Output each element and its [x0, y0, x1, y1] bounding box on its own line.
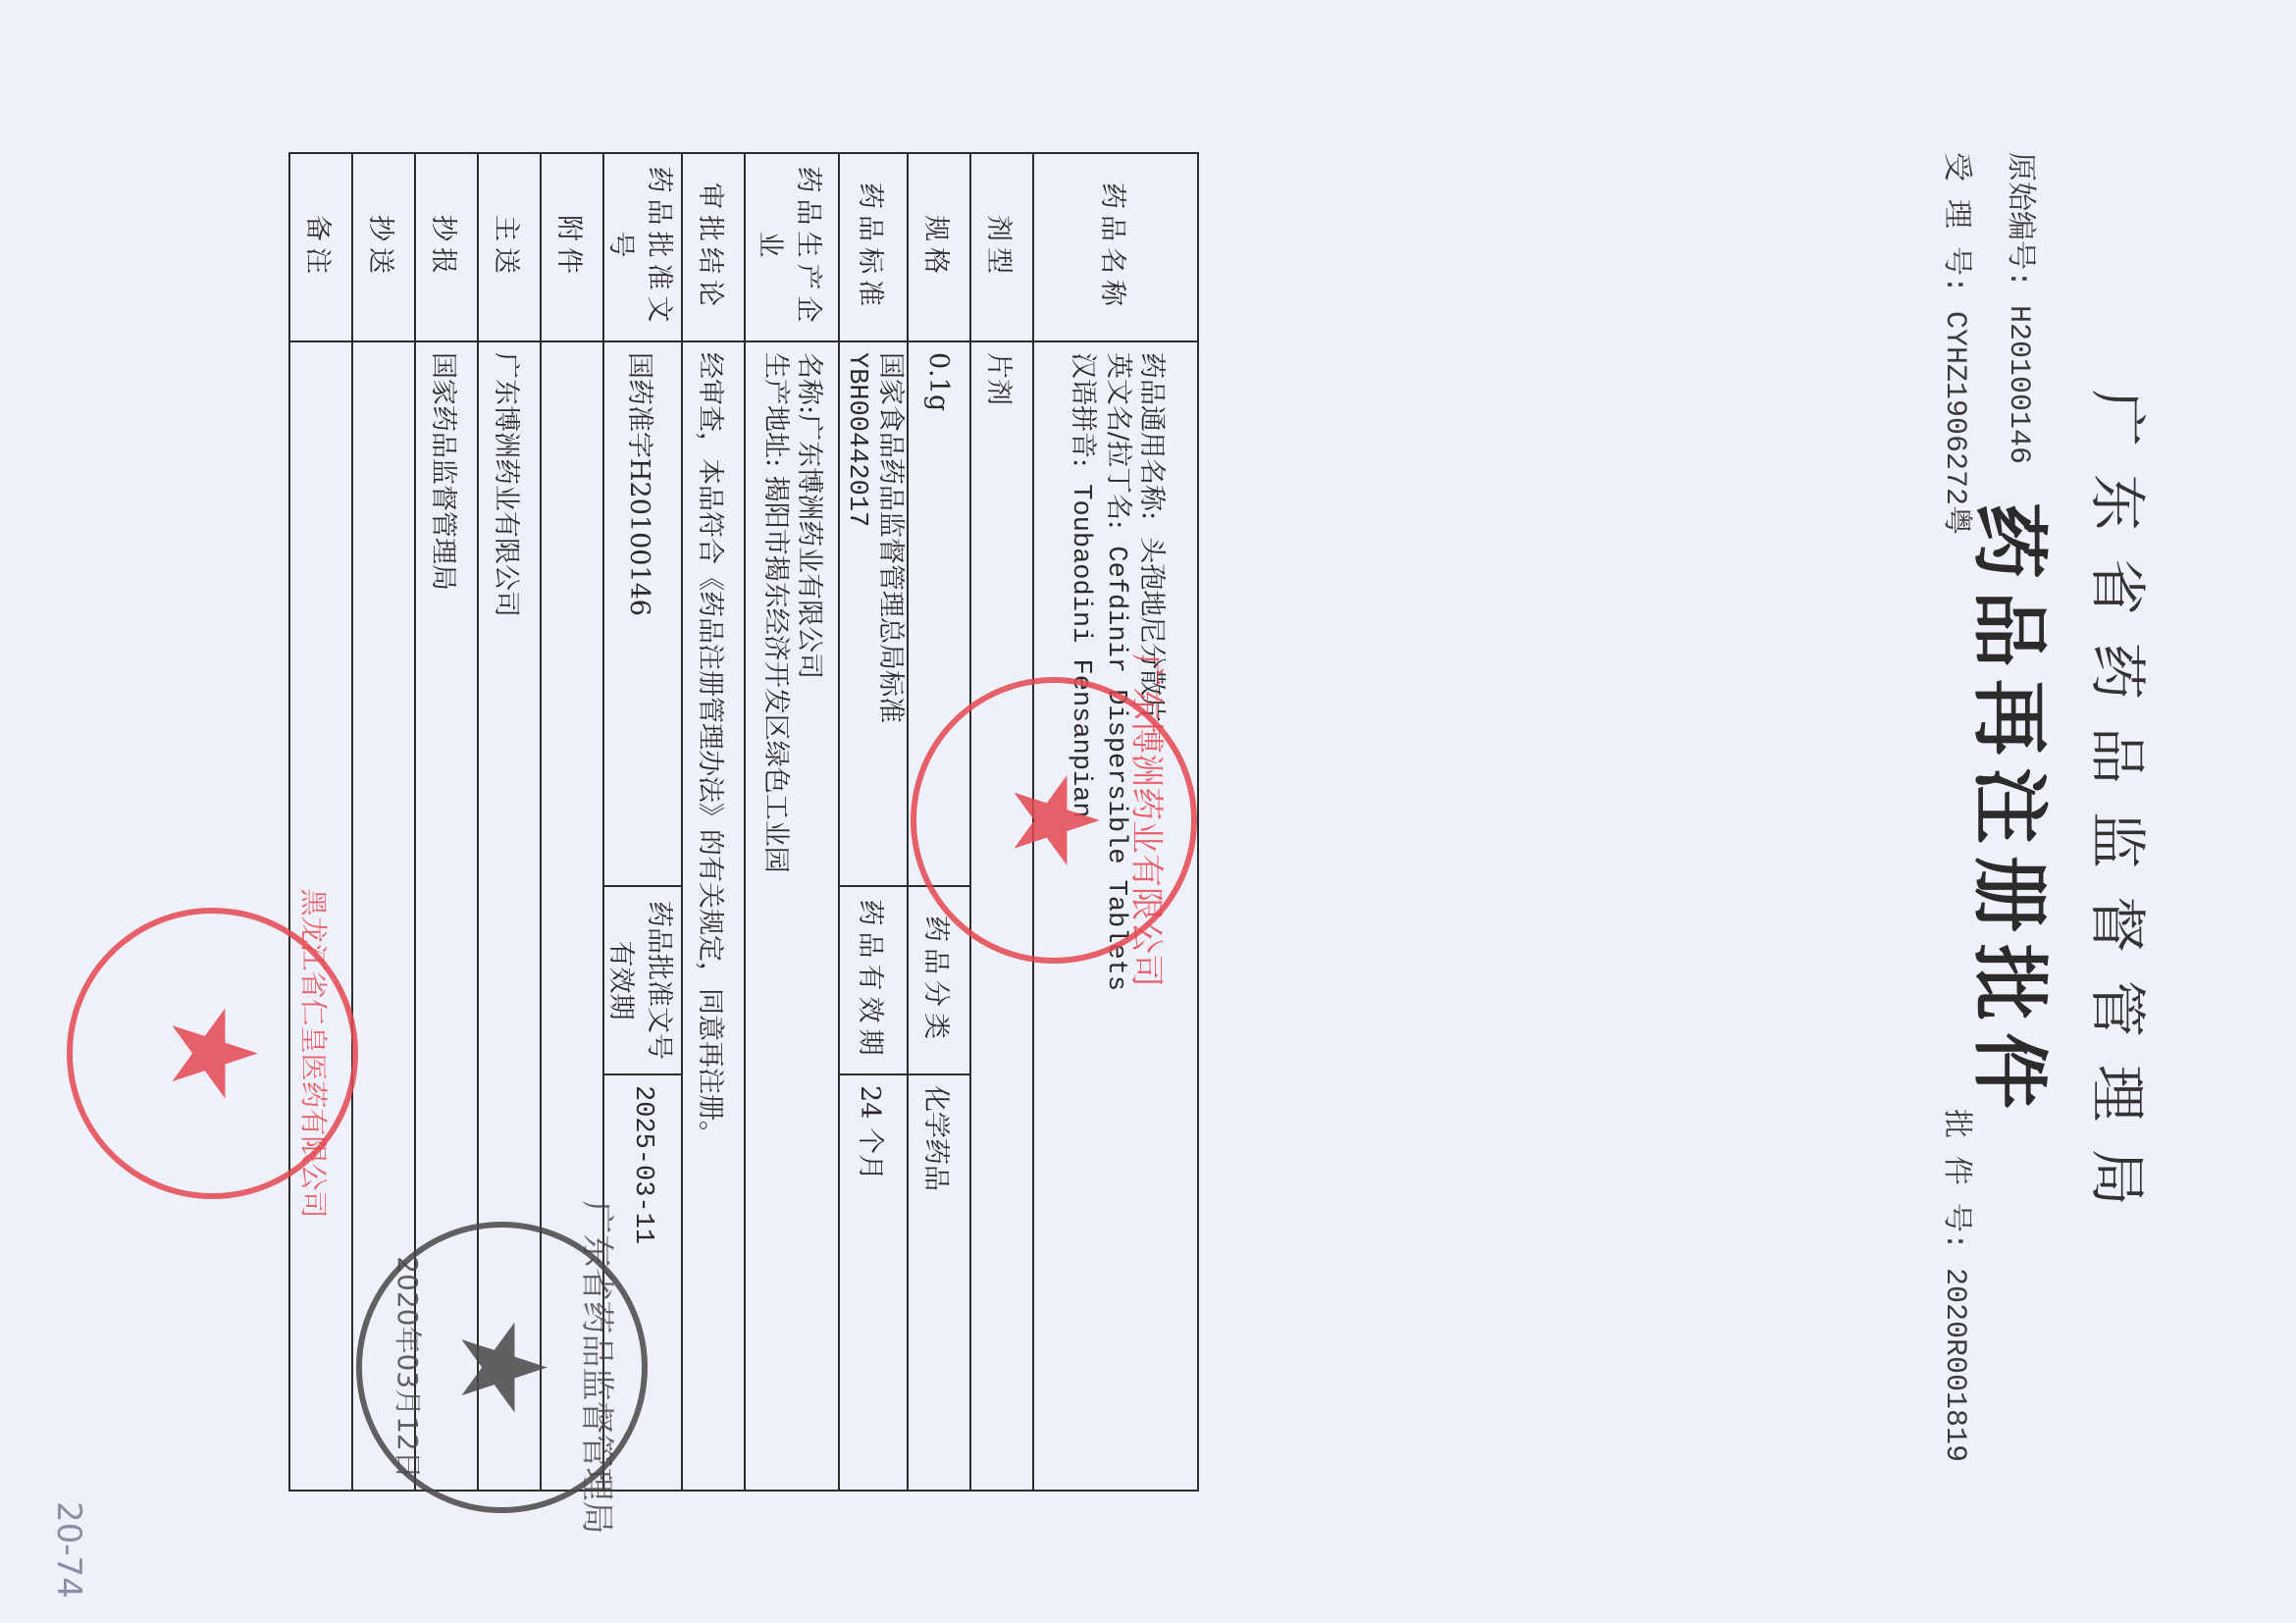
gd-fda-seal: ★ 广东省药品监督管理局 2020年03月12日 [356, 1222, 648, 1513]
star-icon: ★ [995, 767, 1113, 873]
label-drug-name: 药品名称 [1033, 153, 1198, 341]
issuing-organization: 广东省药品监督管理局 [2081, 0, 2164, 1623]
acceptance-number: 受 理 号: CYHZ1906272粤 [1938, 152, 1982, 535]
star-icon: ★ [154, 1001, 272, 1107]
row-remarks: 备注 [289, 153, 352, 1491]
heilongjiang-seal: ★ 黑龙江省仁皇医药有限公司 [67, 908, 358, 1199]
handwritten-note: 20-74 [49, 1501, 88, 1598]
approval-number: 批 件 号: 2020R001819 [1938, 1109, 1982, 1462]
document-page: 广东省药品监督管理局 药品再注册批件 原始编号: H20100146 受 理 号… [0, 0, 2296, 1623]
row-standard: 药品标准 国家食品药品监督管理总局标准 YBH00442017 药品有效期 24… [839, 153, 908, 1491]
row-conclusion: 审批结论 经审查，本品符合《药品注册管理办法》的有关规定，同意再注册。 [682, 153, 745, 1491]
row-manufacturer: 药品生产企业 名称:广东博洲药业有限公司 生产地址: 揭阳市揭东经济开发区绿色工… [745, 153, 839, 1491]
star-icon: ★ [444, 1315, 561, 1421]
manufacturer-seal: ★ 广东博洲药业有限公司 [911, 677, 1197, 964]
original-number: 原始编号: H20100146 [2002, 152, 2046, 464]
